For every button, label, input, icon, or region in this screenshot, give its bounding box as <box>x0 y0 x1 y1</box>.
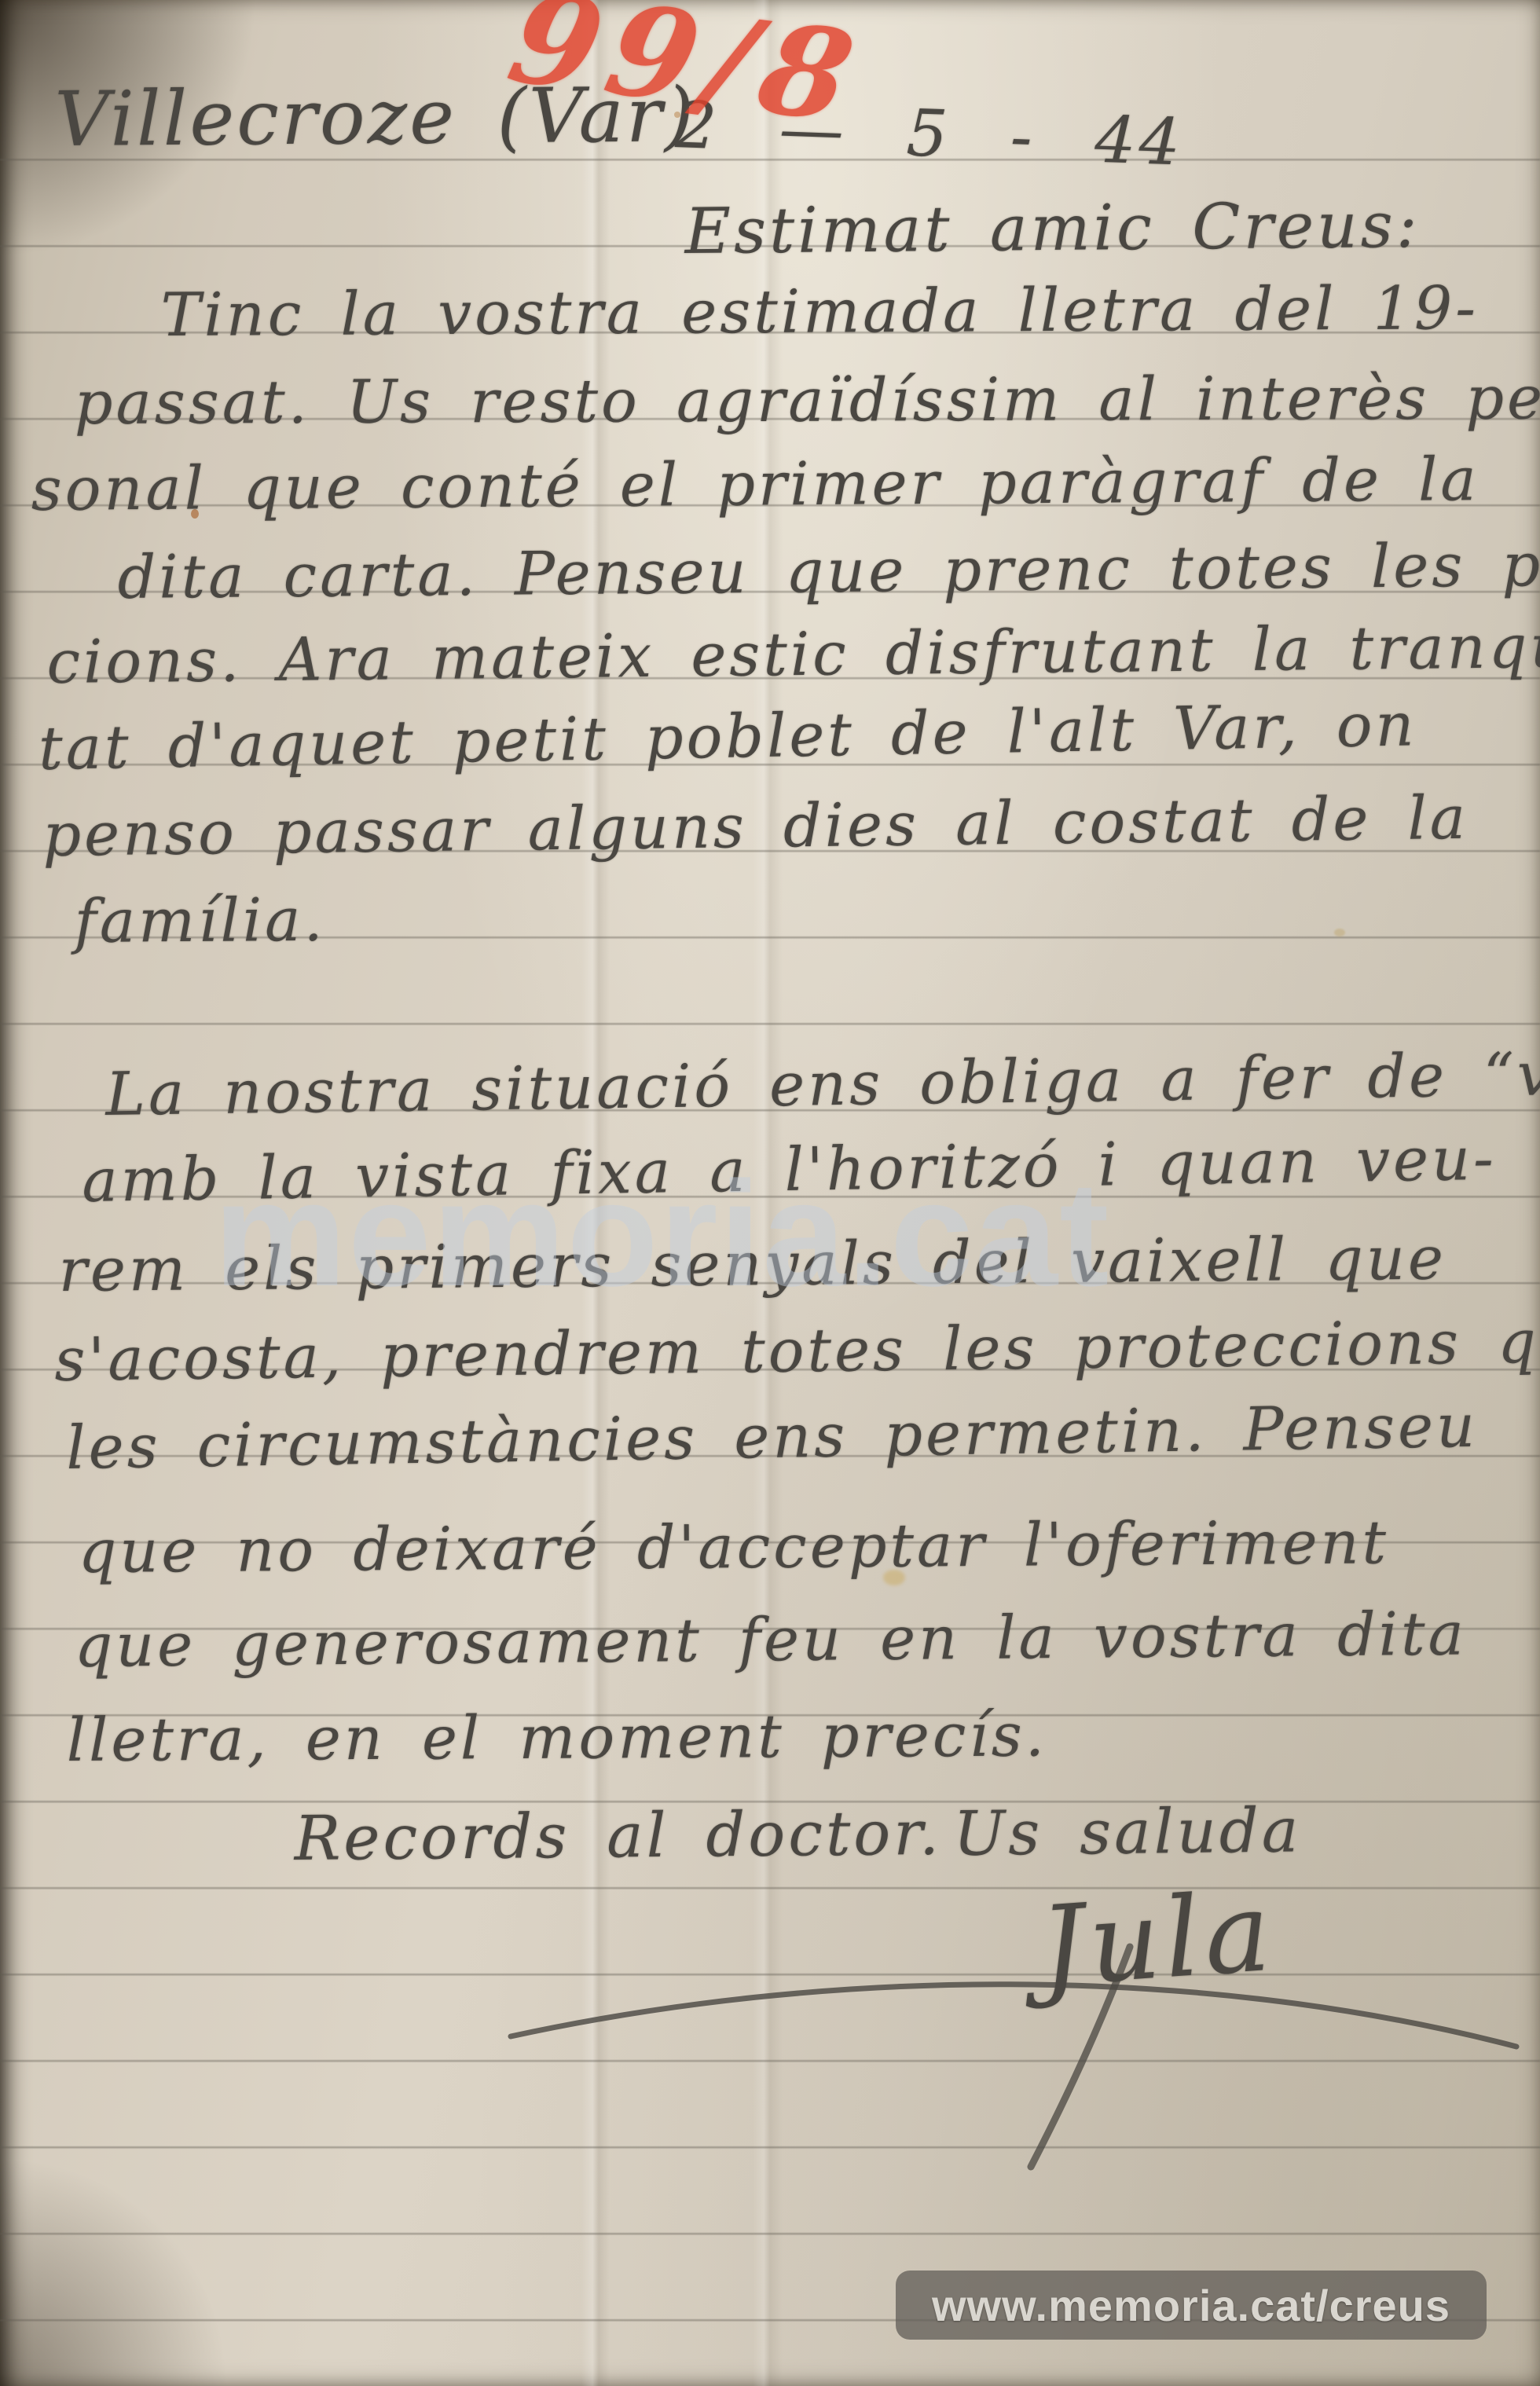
closing-salute: Us saluda <box>953 1795 1302 1870</box>
handwriting-line: passat. Us resto agraïdíssim al interès … <box>75 362 1540 438</box>
closing-regards: Records al doctor. <box>294 1798 942 1875</box>
letter-photo: Villecroze (Var) 2 — 5 - 44 99/8 Estimat… <box>0 0 1540 2386</box>
handwriting-line: família. <box>74 885 326 956</box>
handwriting-line: sonal que conté el primer paràgraf de la <box>31 444 1479 524</box>
handwriting-line: que no deixaré d'acceptar l'oferiment <box>78 1507 1389 1586</box>
handwriting-line: lletra, en el moment precís. <box>67 1699 1048 1775</box>
handwriting-line: dita carta. Penseu que prenc totes les p… <box>117 528 1540 612</box>
signature: Jula <box>1036 1868 1279 2012</box>
handwriting-line: Tinc la vostra estimada lletra del 19- <box>161 273 1479 350</box>
letter-salutation: Estimat amic Creus: <box>684 189 1421 268</box>
watermark-bar: www.memoria.cat/creus <box>896 2271 1487 2340</box>
handwriting-line: rem els primers senyals del vaixell que <box>58 1223 1446 1305</box>
watermark-bar-url: www.memoria.cat/creus <box>932 2280 1450 2331</box>
handwriting-line: que generosament feu en la vostra dita <box>74 1599 1467 1680</box>
